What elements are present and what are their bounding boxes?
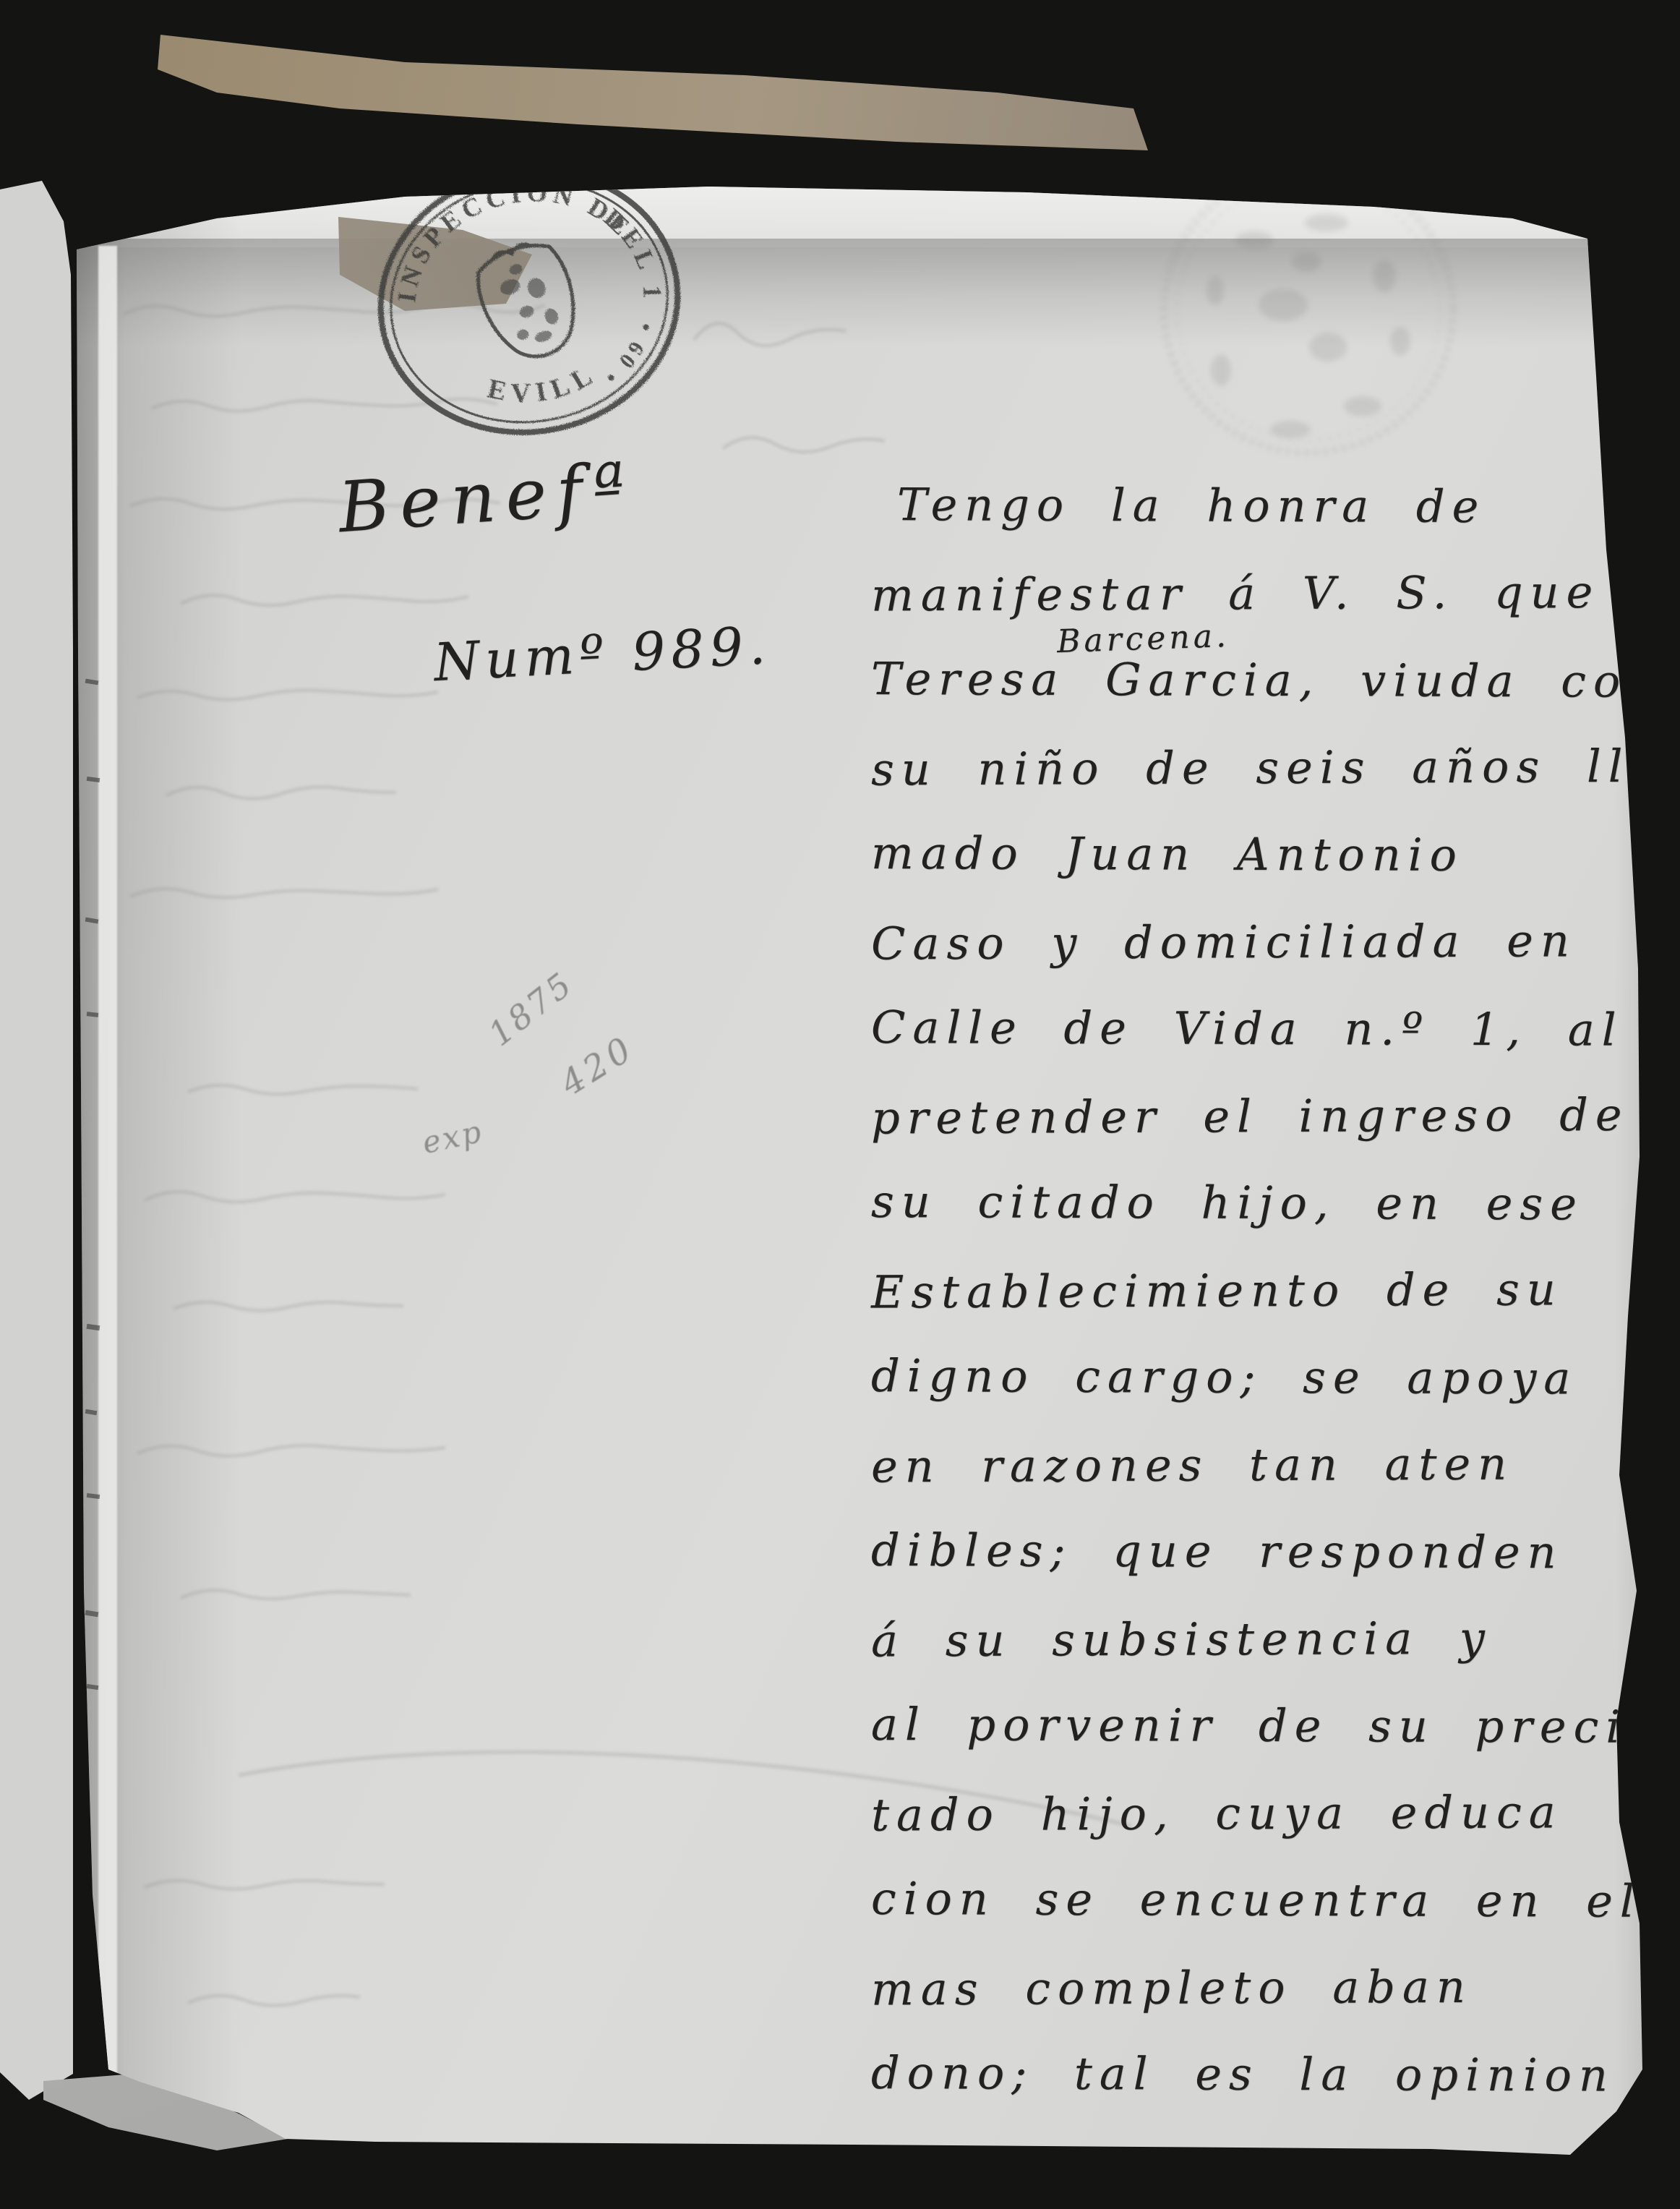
inspection-oval-stamp: • INSPECCION DE DEL 1 • 60 • • SEVILLA • (348, 135, 710, 468)
letter-line: Establecimiento de su (871, 1245, 1680, 1336)
gutter-highlight (98, 246, 117, 2075)
letter-line: Teresa Garcia, viuda con (871, 636, 1680, 725)
stamp-shield (468, 234, 590, 369)
stamp-arc-bottom-text: • SEVILLA • (348, 135, 604, 437)
letter-line: Tengo la honra de (871, 461, 1680, 551)
letter-line: manifestar á V. S. que (871, 548, 1680, 638)
letter-line: dono; tal es la opinion (871, 2030, 1680, 2119)
ink-speck (1061, 91, 1066, 96)
letter-line: su citado hijo, en ese (871, 1158, 1680, 1248)
pencil-note-annotation: exp (419, 1114, 487, 1161)
letter-line: cion se encuentra en el (871, 1855, 1680, 1945)
letter-line: su niño de seis años lla (871, 722, 1680, 813)
scanned-document-photo: • INSPECCION DE DEL 1 • 60 • • SEVILLA • (0, 0, 1680, 2209)
faint-oval-stamp (1146, 153, 1471, 471)
letter-body: Tengo la honra demanifestar á V. S. queT… (871, 463, 1680, 2119)
margin-number-label: Numº 989. (432, 615, 772, 693)
facing-page-edge (0, 0, 75, 2209)
stamp-arc-top-text: • INSPECCION DE (348, 135, 648, 325)
interline-insertion: Barcena. (1056, 618, 1230, 660)
letter-line: al porvenir de su preci (871, 1681, 1680, 1771)
ink-speck (292, 108, 296, 113)
svg-text:• INSPECCION DE: • INSPECCION DE (348, 135, 648, 325)
margin-department-label: Benefª (336, 447, 638, 548)
svg-text:• SEVILLA •: • SEVILLA • (348, 135, 604, 437)
letter-line: pretender el ingreso de (871, 1071, 1680, 1161)
letter-line: Calle de Vida n.º 1, al (871, 984, 1680, 1074)
pencil-number-annotation: 420 (553, 1027, 642, 1104)
letter-line: á su subsistencia y (871, 1594, 1680, 1684)
document-page: • INSPECCION DE DEL 1 • 60 • • SEVILLA • (0, 0, 1680, 2209)
letter-line: tado hijo, cuya educa (871, 1768, 1680, 1858)
letter-line: mado Juan Antonio (871, 810, 1680, 900)
letter-line: dibles; que responden (871, 1507, 1680, 1597)
letter-line: mas completo aban (871, 1942, 1680, 2033)
letter-line: Caso y domiciliada en (871, 897, 1680, 987)
letter-line: digno cargo; se apoya (871, 1333, 1680, 1422)
pencil-year-annotation: 1875 (481, 964, 580, 1054)
torn-paper-remnant (0, 0, 1680, 217)
letter-line: en razones tan aten (871, 1419, 1680, 1510)
